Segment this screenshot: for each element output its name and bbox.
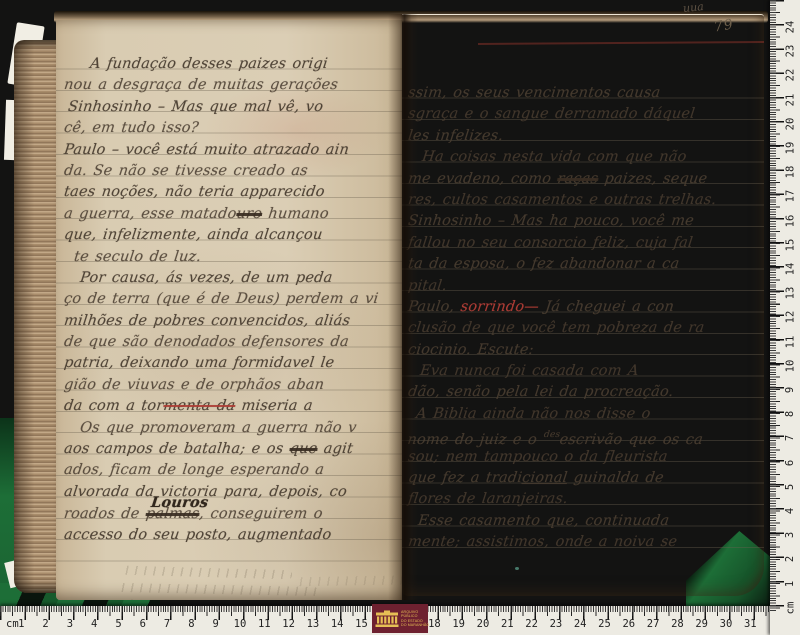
manuscript-line: alvorada da victoria para, depois, co <box>63 482 402 503</box>
ruler-label: 20 <box>783 112 798 136</box>
ruler-label: 5 <box>106 618 132 630</box>
ruler-label: 3 <box>783 523 798 547</box>
ruler-label: 13 <box>783 281 798 305</box>
text-segment: ciocinio. Escute: <box>407 342 535 358</box>
manuscript-line: Os que promoveram a guerra não v <box>63 418 402 439</box>
text-segment: clusão de que você tem pobreza de ra <box>407 320 705 336</box>
text-segment: menta da <box>162 398 236 414</box>
text-segment: dão, senão pela lei da procreação. <box>407 384 674 400</box>
ruler-label: 3 <box>57 618 83 630</box>
ruler-labels: 242322212019181716151413121110987654321c… <box>783 0 799 635</box>
ruler-label: 22 <box>783 63 798 87</box>
ruler-label: 7 <box>783 426 798 450</box>
text-segment: ço de terra (que é de Deus) perdem a vi <box>63 291 379 307</box>
ruler-label: 1 <box>783 572 798 596</box>
manuscript-line: A fundação desses paizes origi <box>63 54 402 75</box>
manuscript-line: de que são denodados defensores da <box>63 332 402 353</box>
building-icon <box>375 610 399 628</box>
manuscript-line: ciocinio. Escute: <box>407 340 764 361</box>
text-segment: sorrindo— <box>460 299 540 315</box>
ruler-label: 25 <box>592 618 618 630</box>
ruler-label: 10 <box>227 618 253 630</box>
ruler-label: 14 <box>783 257 798 281</box>
text-segment: paizes, seque <box>597 171 708 187</box>
ruler-label: 9 <box>783 378 798 402</box>
left-page: A fundação desses paizes originou a desg… <box>56 20 402 600</box>
text-segment: sou; nem tampouco o da fleurista <box>407 449 668 465</box>
manuscript-line: roados de Lourospalmas, conseguirem o <box>63 503 402 524</box>
ruler-label: 23 <box>543 618 569 630</box>
ruler-label: 17 <box>783 184 798 208</box>
ruler-label: 14 <box>324 618 350 630</box>
manuscript-line: Sinhosinho – Mas que mal vê, vo <box>63 97 402 118</box>
show-through-marks <box>118 583 318 596</box>
manuscript-line: me evadeno, como raças paizes, seque <box>407 169 764 190</box>
manuscript-line: gião de viuvas e de orphãos aban <box>63 375 402 396</box>
ruler-label: 8 <box>783 402 798 426</box>
manuscript-line: da com a tormenta da miseria a <box>63 396 402 417</box>
text-segment: Sinhosinho – Mas que mal vê, vo <box>67 99 324 115</box>
text-segment: sgraça e o sangue derramado dáquel <box>407 106 696 122</box>
manuscript-line: nome do juiz e o desescrivão que os ca <box>407 425 764 446</box>
text-segment: ados, ficam de longe esperando a <box>63 462 325 478</box>
text-segment: taes noções, não teria apparecido <box>63 184 326 200</box>
ruler-label: 29 <box>689 618 715 630</box>
ruler-label: 26 <box>616 618 642 630</box>
text-segment: patria, deixando uma formidavel le <box>63 355 335 371</box>
ruler-label: 9 <box>203 618 229 630</box>
ruler-label: 27 <box>640 618 666 630</box>
text-segment: Paulo – você está muito atrazado ain <box>63 142 350 158</box>
text-segment: mente; assistimos, onde a noiva se <box>407 534 678 550</box>
manuscript-line: ço de terra (que é de Deus) perdem a vi <box>63 289 402 310</box>
manuscript-line: Paulo – você está muito atrazado ain <box>63 140 402 161</box>
manuscript-line: ssim, os seus vencimentos causa <box>407 83 764 104</box>
manuscript-line: fallou no seu consorcio feliz, cuja fal <box>407 233 764 254</box>
ruler-label: 19 <box>446 618 472 630</box>
text-segment: uro <box>236 206 264 222</box>
ruler-label: 24 <box>783 15 798 39</box>
text-segment: que <box>289 441 319 457</box>
ruler-label: 22 <box>519 618 545 630</box>
manuscript-line: A Biblia ainda não nos disse o <box>407 404 764 425</box>
show-through-marks <box>296 575 402 587</box>
manuscript-line: Por causa, ás vezes, de um peda <box>63 268 402 289</box>
manuscript-line: clusão de que você tem pobreza de ra <box>407 318 764 339</box>
text-segment: nou a desgraça de muitas gerações <box>63 77 339 93</box>
text-segment: miseria a <box>234 398 313 414</box>
manuscript-line: que, infelizmente, ainda alcançou <box>63 225 402 246</box>
text-segment: da com a tor <box>63 398 164 414</box>
text-segment: , conseguirem o <box>198 506 323 522</box>
text-segment: guinalda de <box>567 470 665 486</box>
manuscript-line: les infelizes. <box>407 126 764 147</box>
text-segment: Já cheguei a con <box>538 299 675 315</box>
text-segment: que fez a tradi <box>407 470 523 486</box>
logo-text-line: DO MARANHÃO <box>401 623 429 627</box>
ruler-label: 5 <box>783 475 798 499</box>
ruler-label: 2 <box>33 618 59 630</box>
ruler-label: 19 <box>783 136 798 160</box>
show-through-marks <box>126 599 276 600</box>
archive-logo: ARQUIVOPÚBLICODO ESTADODO MARANHÃO <box>372 604 428 633</box>
manuscript-line: flores de laranjeiras. <box>407 489 764 510</box>
ruler-label: 12 <box>276 618 302 630</box>
text-segment: gião de viuvas e de orphãos aban <box>63 377 325 393</box>
ruler-label: 13 <box>300 618 326 630</box>
text-segment: les infelizes. <box>407 128 504 144</box>
text-segment: Sinhosinho – Mas ha pouco, você me <box>407 213 695 229</box>
ruler-label: 12 <box>783 305 798 329</box>
ruler-label: 30 <box>713 618 739 630</box>
manuscript-line: cê, em tudo isso? <box>63 118 402 139</box>
ruler-label: 6 <box>130 618 156 630</box>
ruler-label: 23 <box>783 39 798 63</box>
manuscript-line: a guerra, esse matadouro humano <box>63 204 402 225</box>
manuscript-line: nou a desgraça de muitas gerações <box>63 75 402 96</box>
text-segment: humano <box>261 206 330 222</box>
manuscript-line: sou; nem tampouco o da fleurista <box>407 447 764 468</box>
text-segment: des <box>543 430 561 440</box>
ruler-label: 16 <box>783 209 798 233</box>
ruler-label: 21 <box>783 88 798 112</box>
text-segment: que, infelizmente, ainda alcançou <box>63 227 323 243</box>
text-segment: da. Se não se tivesse creado as <box>63 163 309 179</box>
manuscript-line: mente; assistimos, onde a noiva se <box>407 532 764 553</box>
logo-text: ARQUIVOPÚBLICODO ESTADODO MARANHÃO <box>401 610 429 628</box>
text-segment: nome do juiz e o <box>406 432 544 448</box>
text-segment: milhões de pobres convencidos, aliás <box>63 313 351 329</box>
scan-canvas: A fundação desses paizes originou a desg… <box>0 0 800 635</box>
ruler-label: 21 <box>494 618 520 630</box>
ruler-label: 6 <box>783 451 798 475</box>
manuscript-line: taes noções, não teria apparecido <box>63 182 402 203</box>
gutter-shadow <box>388 14 418 600</box>
ruler-label: 28 <box>664 618 690 630</box>
text-segment: fallou no seu consorcio feliz, cuja fal <box>407 235 694 251</box>
text-segment: A fundação desses paizes origi <box>89 56 329 72</box>
ruler-label: 7 <box>154 618 180 630</box>
manuscript-lines-left: A fundação desses paizes originou a desg… <box>64 54 402 546</box>
manuscript-line: Paulo, sorrindo— Já cheguei a con <box>407 297 764 318</box>
manuscript-line: patria, deixando uma formidavel le <box>63 353 402 374</box>
manuscript-line: sgraça e o sangue derramado dáquel <box>407 104 764 125</box>
ruler-label: 31 <box>737 618 763 630</box>
ruler-label: 2 <box>783 547 798 571</box>
manuscript-line: accesso do seu posto, augmentado <box>63 525 402 546</box>
ruler-label: 4 <box>783 499 798 523</box>
text-segment: ssim, os seus vencimentos causa <box>407 85 661 101</box>
text-segment: Ha coisas nesta vida com que não <box>421 149 687 165</box>
ruler-label: 10 <box>783 354 798 378</box>
text-segment: ta da esposa, o fez abandonar a ca <box>407 256 680 272</box>
manuscript-line: te seculo de luz. <box>63 247 402 268</box>
ruler-label: 1 <box>8 618 34 630</box>
right-page: ssim, os seus vencimentos causasgraça e … <box>402 14 764 596</box>
corner-scribble: uua <box>682 0 704 15</box>
manuscript-line: pital. <box>407 276 764 297</box>
manuscript-line: Ha coisas nesta vida com que não <box>407 147 764 168</box>
manuscript-line: Eva nunca foi casada com A <box>407 361 764 382</box>
ruler-label: 15 <box>783 233 798 257</box>
text-segment: A Biblia ainda não nos disse o <box>415 406 651 422</box>
ruler-label: 8 <box>178 618 204 630</box>
manuscript-line: da. Se não se tivesse creado as <box>63 161 402 182</box>
text-segment: cional <box>521 470 568 486</box>
manuscript-line: ta da esposa, o fez abandonar a ca <box>407 254 764 275</box>
manuscript-line: Esse casamento que, continuada <box>407 511 764 532</box>
text-segment: de que são denodados defensores da <box>63 334 350 350</box>
text-segment: Eva nunca foi casada com A <box>419 363 640 379</box>
manuscript-line: res, cultos casamentos e outras trelhas. <box>407 190 764 211</box>
manuscript-line: ados, ficam de longe esperando a <box>63 460 402 481</box>
manuscript-line: dão, senão pela lei da procreação. <box>407 382 764 403</box>
page-edges-left <box>14 40 59 593</box>
ruler-ticks <box>770 0 784 612</box>
text-segment: roados de <box>63 506 147 522</box>
text-segment: aos campos de batalha; e os <box>63 441 291 457</box>
text-segment: Por causa, ás vezes, de um peda <box>79 270 333 286</box>
text-segment: cê, em tudo isso? <box>63 120 200 136</box>
text-segment: a guerra, esse matado <box>63 206 237 222</box>
text-segment: raças <box>556 171 599 187</box>
ruler-label: 18 <box>783 160 798 184</box>
text-segment: accesso do seu posto, augmentado <box>63 527 332 543</box>
manuscript-line: aos campos de batalha; e os que agit <box>63 439 402 460</box>
manuscript-line: que fez a tradicional guinalda de <box>407 468 764 489</box>
text-segment: Os que promoveram a guerra não v <box>79 420 357 436</box>
ink-speck <box>515 567 519 570</box>
ruler-label: 11 <box>251 618 277 630</box>
text-segment: flores de laranjeiras. <box>407 491 569 507</box>
text-segment: me evadeno, como <box>407 171 558 187</box>
manuscript-lines-right: ssim, os seus vencimentos causasgraça e … <box>408 83 764 554</box>
text-segment: escrivão que os ca <box>559 432 704 448</box>
text-segment: res, cultos casamentos e outras trelhas. <box>407 192 717 208</box>
ruler-label: 24 <box>567 618 593 630</box>
page-number: 79 <box>713 16 735 35</box>
text-segment: Esse casamento que, continuada <box>417 513 670 529</box>
red-margin-line <box>478 41 764 45</box>
vertical-ruler: 242322212019181716151413121110987654321c… <box>770 0 800 635</box>
ruler-label: 11 <box>783 330 798 354</box>
text-segment: agit <box>316 441 353 457</box>
ruler-label: cm <box>783 596 798 620</box>
manuscript-line: Sinhosinho – Mas ha pouco, você me <box>407 211 764 232</box>
text-segment: te seculo de luz. <box>73 249 202 265</box>
ruler-label: 4 <box>81 618 107 630</box>
ruler-label: 20 <box>470 618 496 630</box>
ruler-label: 15 <box>349 618 375 630</box>
manuscript-line: milhões de pobres convencidos, aliás <box>63 311 402 332</box>
